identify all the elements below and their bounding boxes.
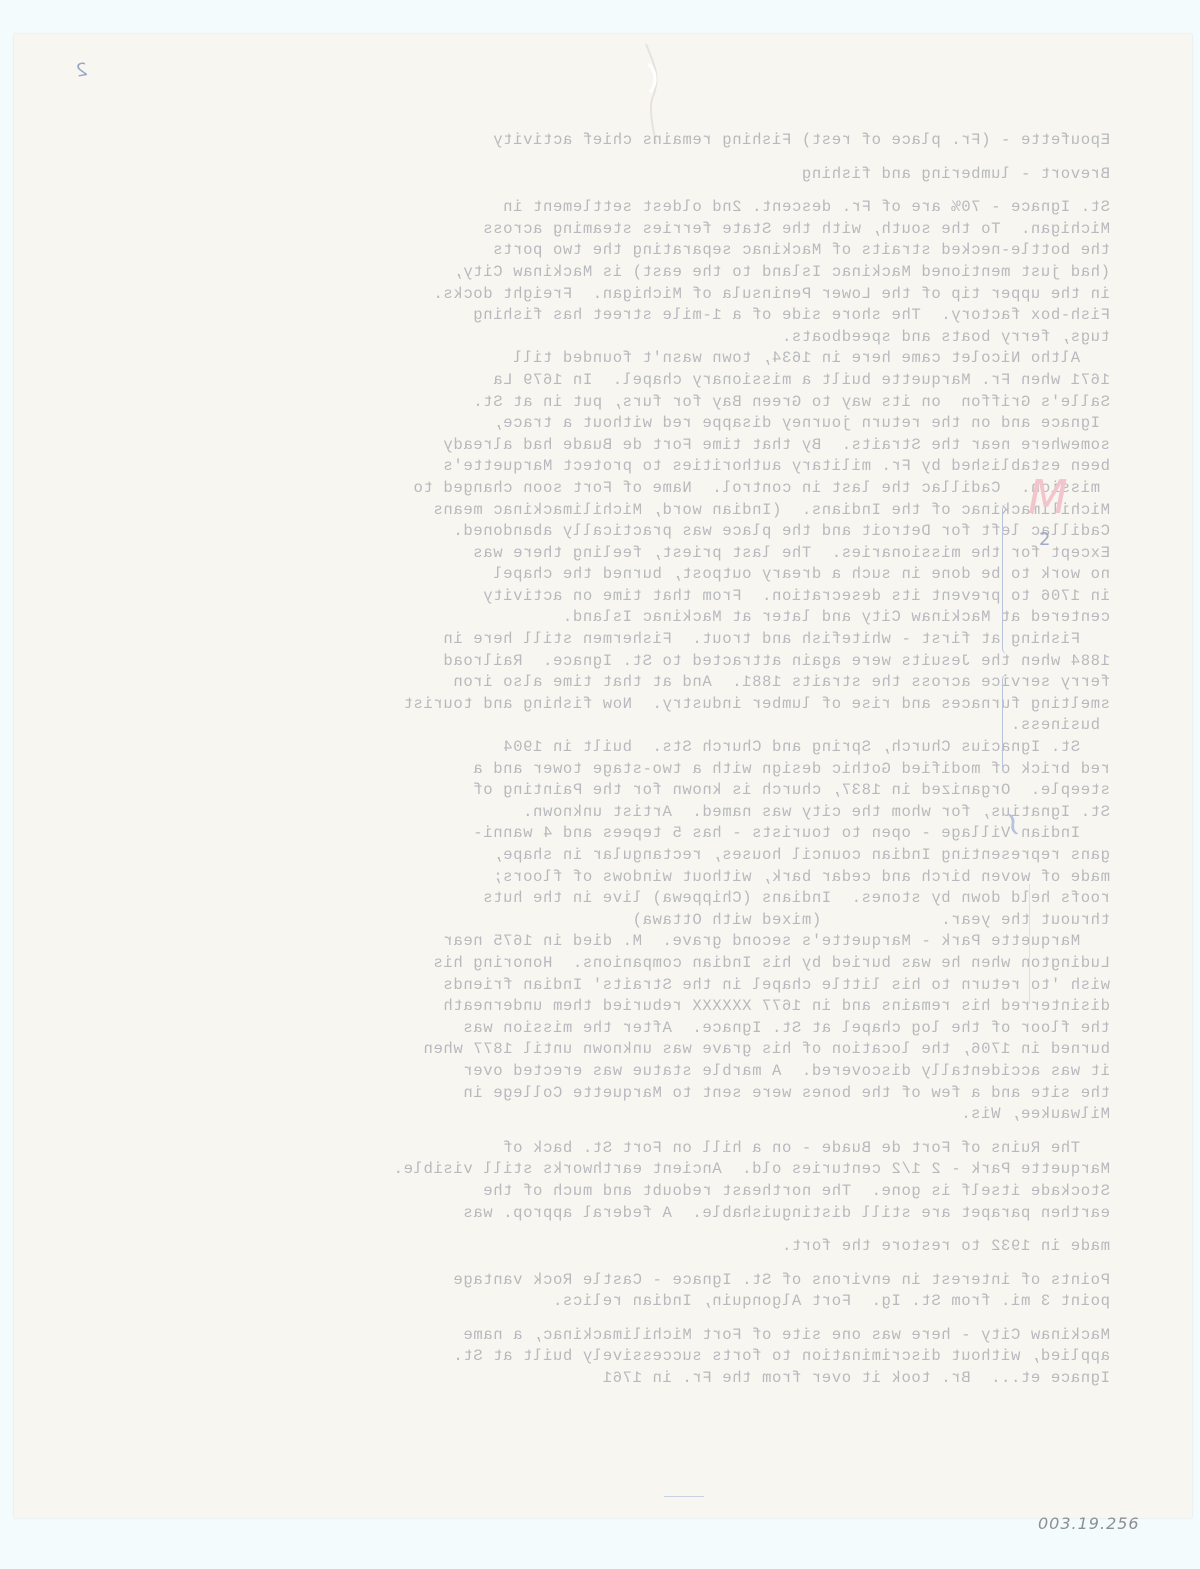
text-line: steeple. Organized in 1837, church is kn… <box>230 780 1110 802</box>
text-line: mission. Cadillac the last in control. N… <box>230 478 1110 500</box>
text-line: centered at Mackinaw City and later at M… <box>230 607 1110 629</box>
text-line: Points of interest in environs of St. Ig… <box>230 1270 1110 1292</box>
text-line: Salle's Griffon on its way to Green Bay … <box>230 392 1110 414</box>
text-line: Indian Village - open to tourists - has … <box>230 823 1110 845</box>
text-line: tugs, ferry boats and speedboats. <box>230 327 1110 349</box>
text-line: (had just mentioned Mackinac Island to t… <box>230 262 1110 284</box>
margin-bracket <box>1002 674 1013 774</box>
text-line: it was accidentally discovered. A marble… <box>230 1061 1110 1083</box>
text-line: 1884 when the Jesuits were again attract… <box>230 651 1110 673</box>
text-line: point 3 mi. from St. Ig. Fort Algonquin,… <box>230 1291 1110 1313</box>
text-line <box>230 1126 1110 1138</box>
text-line: Ignace and on the return journey disappe… <box>230 413 1110 435</box>
text-line: Altho Nicolet came here in 1634, town wa… <box>230 348 1110 370</box>
text-line: Ignace et... Br. took it over from the F… <box>230 1368 1110 1390</box>
text-line: the floor of the log chapel at St. Ignac… <box>230 1018 1110 1040</box>
text-line: earthen parapet are still distinguishabl… <box>230 1203 1110 1225</box>
text-line <box>230 152 1110 164</box>
text-line: somewhere near the Straits. By that time… <box>230 435 1110 457</box>
typewritten-text: Epoufette - (Fr. place of rest) Fishing … <box>230 130 1110 1390</box>
text-line <box>230 1258 1110 1270</box>
text-line: the site and a few of the bones were sen… <box>230 1083 1110 1105</box>
text-line: made of woven birch and cedar bark, with… <box>230 867 1110 889</box>
margin-number: 2 <box>1039 529 1050 550</box>
text-line: Michigan. To the south, with the State f… <box>230 219 1110 241</box>
catalog-number: 003.19.256 <box>1038 1514 1140 1533</box>
red-margin-line <box>1029 884 1030 1004</box>
text-line: Marquette Park - Marquette's second grav… <box>230 931 1110 953</box>
text-line: St. Ignace - 70% are of Fr. descent. 2nd… <box>230 197 1110 219</box>
text-line: the bottle-necked straits of Mackinac se… <box>230 240 1110 262</box>
text-line: made in 1932 to restore the fort. <box>230 1236 1110 1258</box>
red-margin-mark: M <box>1028 470 1068 524</box>
text-line: applied, without discrimination to forts… <box>230 1346 1110 1368</box>
text-line: smelting furnaces and rise of lumber ind… <box>230 694 1110 716</box>
text-line: Fishing at first - whitefish and trout. … <box>230 629 1110 651</box>
text-line: 1671 when Fr. Marquette built a missiona… <box>230 370 1110 392</box>
text-line: Except for the missionaries. The last pr… <box>230 543 1110 565</box>
text-line <box>230 185 1110 197</box>
text-line: Brevort - lumbering and fishing <box>230 164 1110 186</box>
text-line: Michilimackinac of the Indians. (Indian … <box>230 500 1110 522</box>
document-page: 2 Epoufette - (Fr. place of rest) Fishin… <box>14 34 1192 1518</box>
text-line: gans representing Indian council houses,… <box>230 845 1110 867</box>
text-line: been established by Fr. military authori… <box>230 456 1110 478</box>
text-line: wish 'to return to his little chapel in … <box>230 975 1110 997</box>
text-line: in the upper tip of the Lower Peninsula … <box>230 284 1110 306</box>
margin-bracket <box>1002 504 1013 654</box>
text-line: Marquette Park - 2 1/2 centuries old. An… <box>230 1159 1110 1181</box>
text-line: in 1706 to prevent its desecration. From… <box>230 586 1110 608</box>
text-line: roofs held down by stones. Indians (Chip… <box>230 888 1110 910</box>
text-line: Mackinaw City - here was one site of For… <box>230 1325 1110 1347</box>
text-line: St. Ignatius, for whom the city was name… <box>230 802 1110 824</box>
text-line: business. <box>230 715 1110 737</box>
text-line: St. Ignacius Church, Spring and Church S… <box>230 737 1110 759</box>
text-line: Stockade itself is gone. The northeast r… <box>230 1181 1110 1203</box>
text-line: Cadillac left for Detroit and the place … <box>230 521 1110 543</box>
text-line: thruout the year. (mixed with Ottawa) <box>230 910 1110 932</box>
text-line: Fish-box factory. The shore side of a 1-… <box>230 305 1110 327</box>
bottom-dash <box>664 1496 704 1497</box>
text-line: Milwaukee, Wis. <box>230 1104 1110 1126</box>
mirrored-bleed-through: Epoufette - (Fr. place of rest) Fishing … <box>14 34 1192 1518</box>
text-line: disinterred his remains and in 1677 XXXX… <box>230 996 1110 1018</box>
text-line <box>230 1224 1110 1236</box>
text-line: burned in 1706, the location of his grav… <box>230 1039 1110 1061</box>
text-line: no work to be done in such a dreary outp… <box>230 564 1110 586</box>
text-line <box>230 1313 1110 1325</box>
text-line: red brick of modified Gothic design with… <box>230 759 1110 781</box>
text-line: Epoufette - (Fr. place of rest) Fishing … <box>230 130 1110 152</box>
text-line: Ludington when he was buried by his Indi… <box>230 953 1110 975</box>
text-line: ferry service across the straits 1881. A… <box>230 672 1110 694</box>
text-line: The Ruins of Fort de Buade - on a hill o… <box>230 1138 1110 1160</box>
